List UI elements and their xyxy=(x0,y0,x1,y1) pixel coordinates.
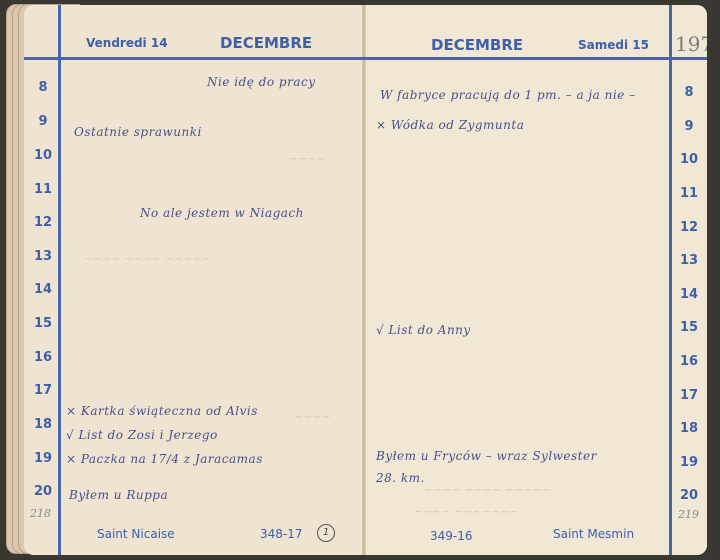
right-hour-17: 17 xyxy=(674,388,704,403)
left-hour-19: 19 xyxy=(28,451,58,466)
left-hour-8: 8 xyxy=(28,80,58,95)
handwritten-entry: W fabryce pracują do 1 pm. – a ja nie – xyxy=(380,88,636,102)
handwritten-entry: Byłem u Ruppa xyxy=(69,488,168,502)
bleed-through-text: ~~~~ ~~~~ ~~~~~ xyxy=(84,252,211,265)
left-hour-16: 16 xyxy=(28,350,58,365)
handwritten-entry: × Paczka na 17/4 z Jaracamas xyxy=(66,452,263,466)
right-hour-15: 15 xyxy=(674,320,704,335)
handwritten-entry: No ale jestem w Niagach xyxy=(140,206,304,220)
right-day-label: Samedi 15 xyxy=(578,38,649,52)
left-hour-9: 9 xyxy=(28,114,58,129)
handwritten-entry: Ostatnie sprawunki xyxy=(74,125,202,139)
circled-pencil-mark: 1 xyxy=(317,524,335,542)
right-hour-10: 10 xyxy=(674,152,704,167)
handwritten-entry: × Kartka świąteczna od Alvis xyxy=(66,404,258,418)
handwritten-entry: Byłem u Fryców – wraz Sylwester xyxy=(376,449,597,463)
left-saint-name: Saint Nicaise xyxy=(97,527,175,541)
diary-spread: ~~~~ ~~~~ ~~~~ ~~~~~ ~~~~ ~~~~ ~~~~ ~~~~… xyxy=(24,5,707,555)
handwritten-entry: Nie idę do pracy xyxy=(207,75,315,89)
left-margin-rule xyxy=(58,5,61,555)
handwritten-entry: 28. km. xyxy=(376,471,425,485)
header-rule xyxy=(24,57,707,60)
left-hour-11: 11 xyxy=(28,182,58,197)
left-day-label: Vendredi 14 xyxy=(86,36,168,50)
left-hour-15: 15 xyxy=(28,316,58,331)
right-margin-rule xyxy=(669,5,672,555)
left-hour-18: 18 xyxy=(28,417,58,432)
left-day-code: 348-17 xyxy=(260,527,303,541)
right-hour-14: 14 xyxy=(674,287,704,302)
left-month-title: DECEMBRE xyxy=(220,34,312,52)
right-saint-name: Saint Mesmin xyxy=(553,527,634,541)
corner-pencil-number: 197 xyxy=(675,32,707,56)
right-hour-8: 8 xyxy=(674,85,704,100)
left-hour-12: 12 xyxy=(28,215,58,230)
left-hour-13: 13 xyxy=(28,249,58,264)
right-pencil-page-number: 219 xyxy=(678,508,699,521)
bleed-through-text: ~~~~ xyxy=(294,410,331,423)
left-hour-17: 17 xyxy=(28,383,58,398)
book-spine xyxy=(362,5,366,555)
left-pencil-page-number: 218 xyxy=(30,507,51,520)
left-hour-20: 20 xyxy=(28,484,58,499)
right-month-title: DECEMBRE xyxy=(431,36,523,54)
right-hour-18: 18 xyxy=(674,421,704,436)
bleed-through-text: ~~~~ ~~~~ ~~~~~ xyxy=(424,483,551,496)
handwritten-entry: √ List do Anny xyxy=(376,323,471,337)
right-hour-12: 12 xyxy=(674,220,704,235)
right-hour-11: 11 xyxy=(674,186,704,201)
left-hour-10: 10 xyxy=(28,148,58,163)
right-hour-20: 20 xyxy=(674,488,704,503)
handwritten-entry: √ List do Zosi i Jerzego xyxy=(66,428,218,442)
right-hour-19: 19 xyxy=(674,455,704,470)
left-hour-14: 14 xyxy=(28,282,58,297)
right-hour-13: 13 xyxy=(674,253,704,268)
handwritten-entry: × Wódka od Zygmunta xyxy=(376,118,524,132)
right-hour-9: 9 xyxy=(674,119,704,134)
right-hour-16: 16 xyxy=(674,354,704,369)
right-day-code: 349-16 xyxy=(430,529,473,543)
bleed-through-text: ~~~~ ~~~~~~~ xyxy=(414,505,519,518)
bleed-through-text: ~~~~ xyxy=(289,152,326,165)
